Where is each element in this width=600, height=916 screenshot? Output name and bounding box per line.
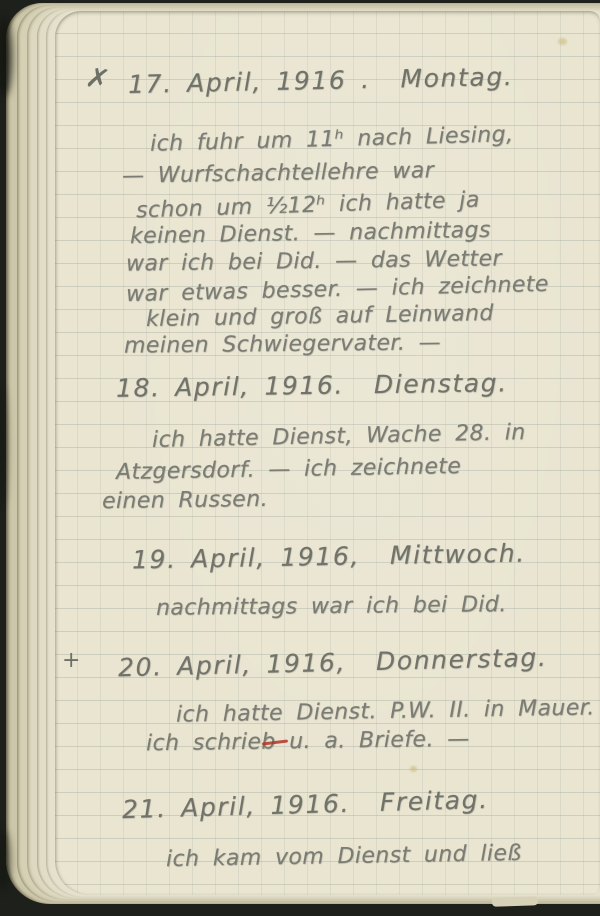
entry-5-day: Freitag. bbox=[379, 785, 489, 817]
entry-2-date: 18. April, 1916. bbox=[116, 371, 344, 403]
diary-line: ich hatte Dienst, Wache 28. in bbox=[152, 420, 526, 453]
entry-5-date: 21. April, 1916. bbox=[122, 789, 351, 824]
diary-line: nachmittags war ich bei Did. bbox=[156, 592, 507, 621]
diary-line: — Wurfschachtellehre war bbox=[122, 158, 434, 188]
margin-cross-mark: ✗ bbox=[83, 60, 113, 97]
entry-2-day: Dienstag. bbox=[374, 368, 508, 399]
entry-2-heading: 18. April, 1916.Dienstag. bbox=[116, 368, 508, 402]
diary-line: war ich bei Did. — das Wetter bbox=[126, 246, 502, 276]
diary-line: einen Russen. bbox=[102, 487, 268, 514]
entry-3-date: 19. April, 1916, bbox=[132, 541, 360, 574]
entry-4-day: Donnerstag. bbox=[376, 643, 548, 676]
handwriting-layer: ✗ 17. April, 1916 .Montag. ich fuhr um 1… bbox=[0, 0, 600, 916]
diary-line: ich schrieb u. a. Briefe. — bbox=[146, 727, 470, 757]
diary-line: Atzgersdorf. — ich zeichnete bbox=[116, 454, 462, 485]
entry-1-heading: 17. April, 1916 .Montag. bbox=[128, 62, 514, 99]
entry-1-date: 17. April, 1916 . bbox=[128, 65, 371, 99]
photo-background: ✗ 17. April, 1916 .Montag. ich fuhr um 1… bbox=[0, 0, 600, 916]
diary-line: keinen Dienst. — nachmittags bbox=[130, 218, 491, 249]
diary-line: ich hatte Dienst. P.W. II. in Mauer. bbox=[176, 695, 595, 727]
diary-line: ich fuhr um 11ʰ nach Liesing, bbox=[150, 122, 514, 157]
entry-5-heading: 21. April, 1916.Freitag. bbox=[122, 785, 489, 824]
entry-4-date: 20. April, 1916, bbox=[118, 648, 347, 683]
entry-3-day: Mittwoch. bbox=[390, 539, 526, 570]
diary-line: klein und groß auf Leinwand bbox=[146, 301, 494, 332]
diary-line: ich kam vom Dienst und ließ bbox=[166, 841, 522, 872]
margin-plus-mark: + bbox=[62, 648, 80, 673]
diary-line: meinen Schwiegervater. — bbox=[124, 330, 441, 358]
entry-3-heading: 19. April, 1916,Mittwoch. bbox=[132, 539, 526, 575]
entry-1-day: Montag. bbox=[400, 62, 513, 93]
entry-4-heading: 20. April, 1916,Donnerstag. bbox=[118, 643, 548, 682]
